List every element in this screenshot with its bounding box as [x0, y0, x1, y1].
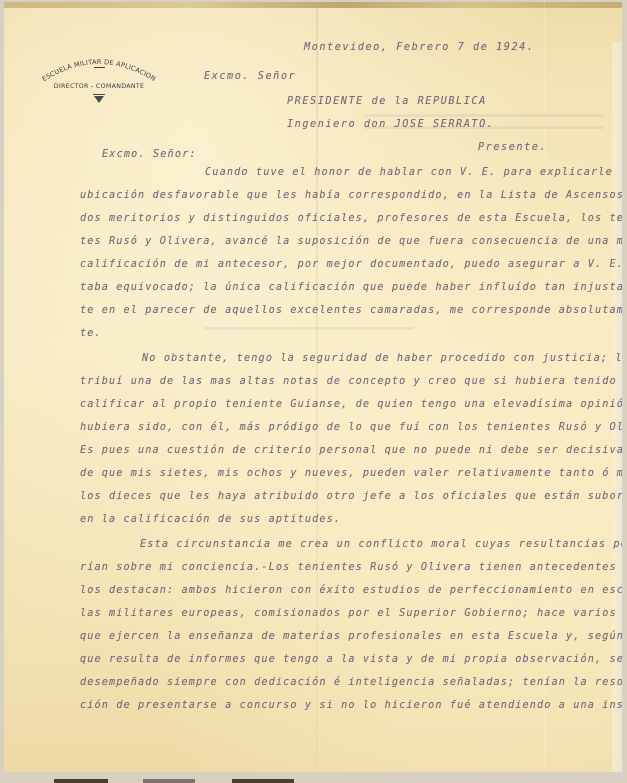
bleed-through-line — [204, 327, 414, 330]
body-line: Es pues una cuestión de criterio persona… — [80, 445, 622, 456]
body-line: te. — [80, 328, 102, 339]
body-line: calificar al propio teniente Guianse, de… — [80, 399, 622, 410]
body-line: los dieces que les haya atribuido otro j… — [80, 491, 622, 502]
body-line: que resulta de informes que tengo a la v… — [80, 654, 622, 665]
recipient-name: Ingeniero don JOSE SERRATO. — [287, 119, 494, 130]
body-line: las militares europeas, comisionados por… — [80, 608, 622, 619]
letterhead: ESCUELA MILITAR DE APLICACION DIRECTOR -… — [34, 50, 164, 120]
shield-emblem-icon — [94, 96, 104, 103]
body-line: taba equivocado; la única calificación q… — [80, 282, 622, 293]
body-line: tribuí una de las mas altas notas de con… — [80, 376, 622, 387]
body-line: Cuando tuve el honor de hablar con V. E.… — [205, 167, 622, 178]
letter-page: ESCUELA MILITAR DE APLICACION DIRECTOR -… — [4, 2, 622, 772]
body-line: los destacan: ambos hicieron con éxito e… — [80, 585, 622, 596]
presente: Presente. — [478, 142, 547, 153]
scan-artifact — [232, 779, 294, 783]
body-line: ción de presentarse a concurso y si no l… — [80, 700, 622, 711]
body-line: tes Rusó y Olivera, avancé la suposición… — [80, 236, 622, 247]
body-line: en la calificación de sus aptitudes. — [80, 514, 341, 525]
salutation: Excmo. Señor: — [102, 149, 197, 160]
body-line: que ejercen la enseñanza de materias pro… — [80, 631, 622, 642]
shield-emblem-icon — [93, 94, 105, 95]
body-line: te en el parecer de aquellos excelentes … — [80, 305, 622, 316]
body-line: de que mis sietes, mis ochos y nueves, p… — [80, 468, 622, 479]
scan-artifact — [143, 779, 195, 783]
scan-artifact — [54, 779, 108, 783]
letterhead-title: DIRECTOR - COMANDANTE — [34, 83, 164, 90]
body-line: dos meritorios y distinguidos oficiales,… — [80, 213, 622, 224]
body-line: calificación de mi antecesor, por mejor … — [80, 259, 622, 270]
body-line: desempeñado siempre con dedicación é int… — [80, 677, 622, 688]
place-date: Montevideo, Febrero 7 de 1924. — [304, 42, 535, 53]
body-line: rían sobre mi conciencia.-Los tenientes … — [80, 562, 622, 573]
svg-text:ESCUELA MILITAR DE APLICACION: ESCUELA MILITAR DE APLICACION — [41, 58, 158, 83]
body-line: hubiera sido, con él, más pródigo de lo … — [80, 422, 622, 433]
recipient-title: PRESIDENTE de la REPUBLICA — [287, 96, 487, 107]
body-line: ubicación desfavorable que les había cor… — [80, 190, 622, 201]
body-line: Esta circunstancia me crea un conflicto … — [140, 539, 622, 550]
letterhead-divider — [94, 67, 105, 68]
bleed-through-line — [364, 114, 604, 117]
salutation-top: Excmo. Señor — [204, 71, 296, 82]
body-line: No obstante, tengo la seguridad de haber… — [142, 353, 622, 364]
